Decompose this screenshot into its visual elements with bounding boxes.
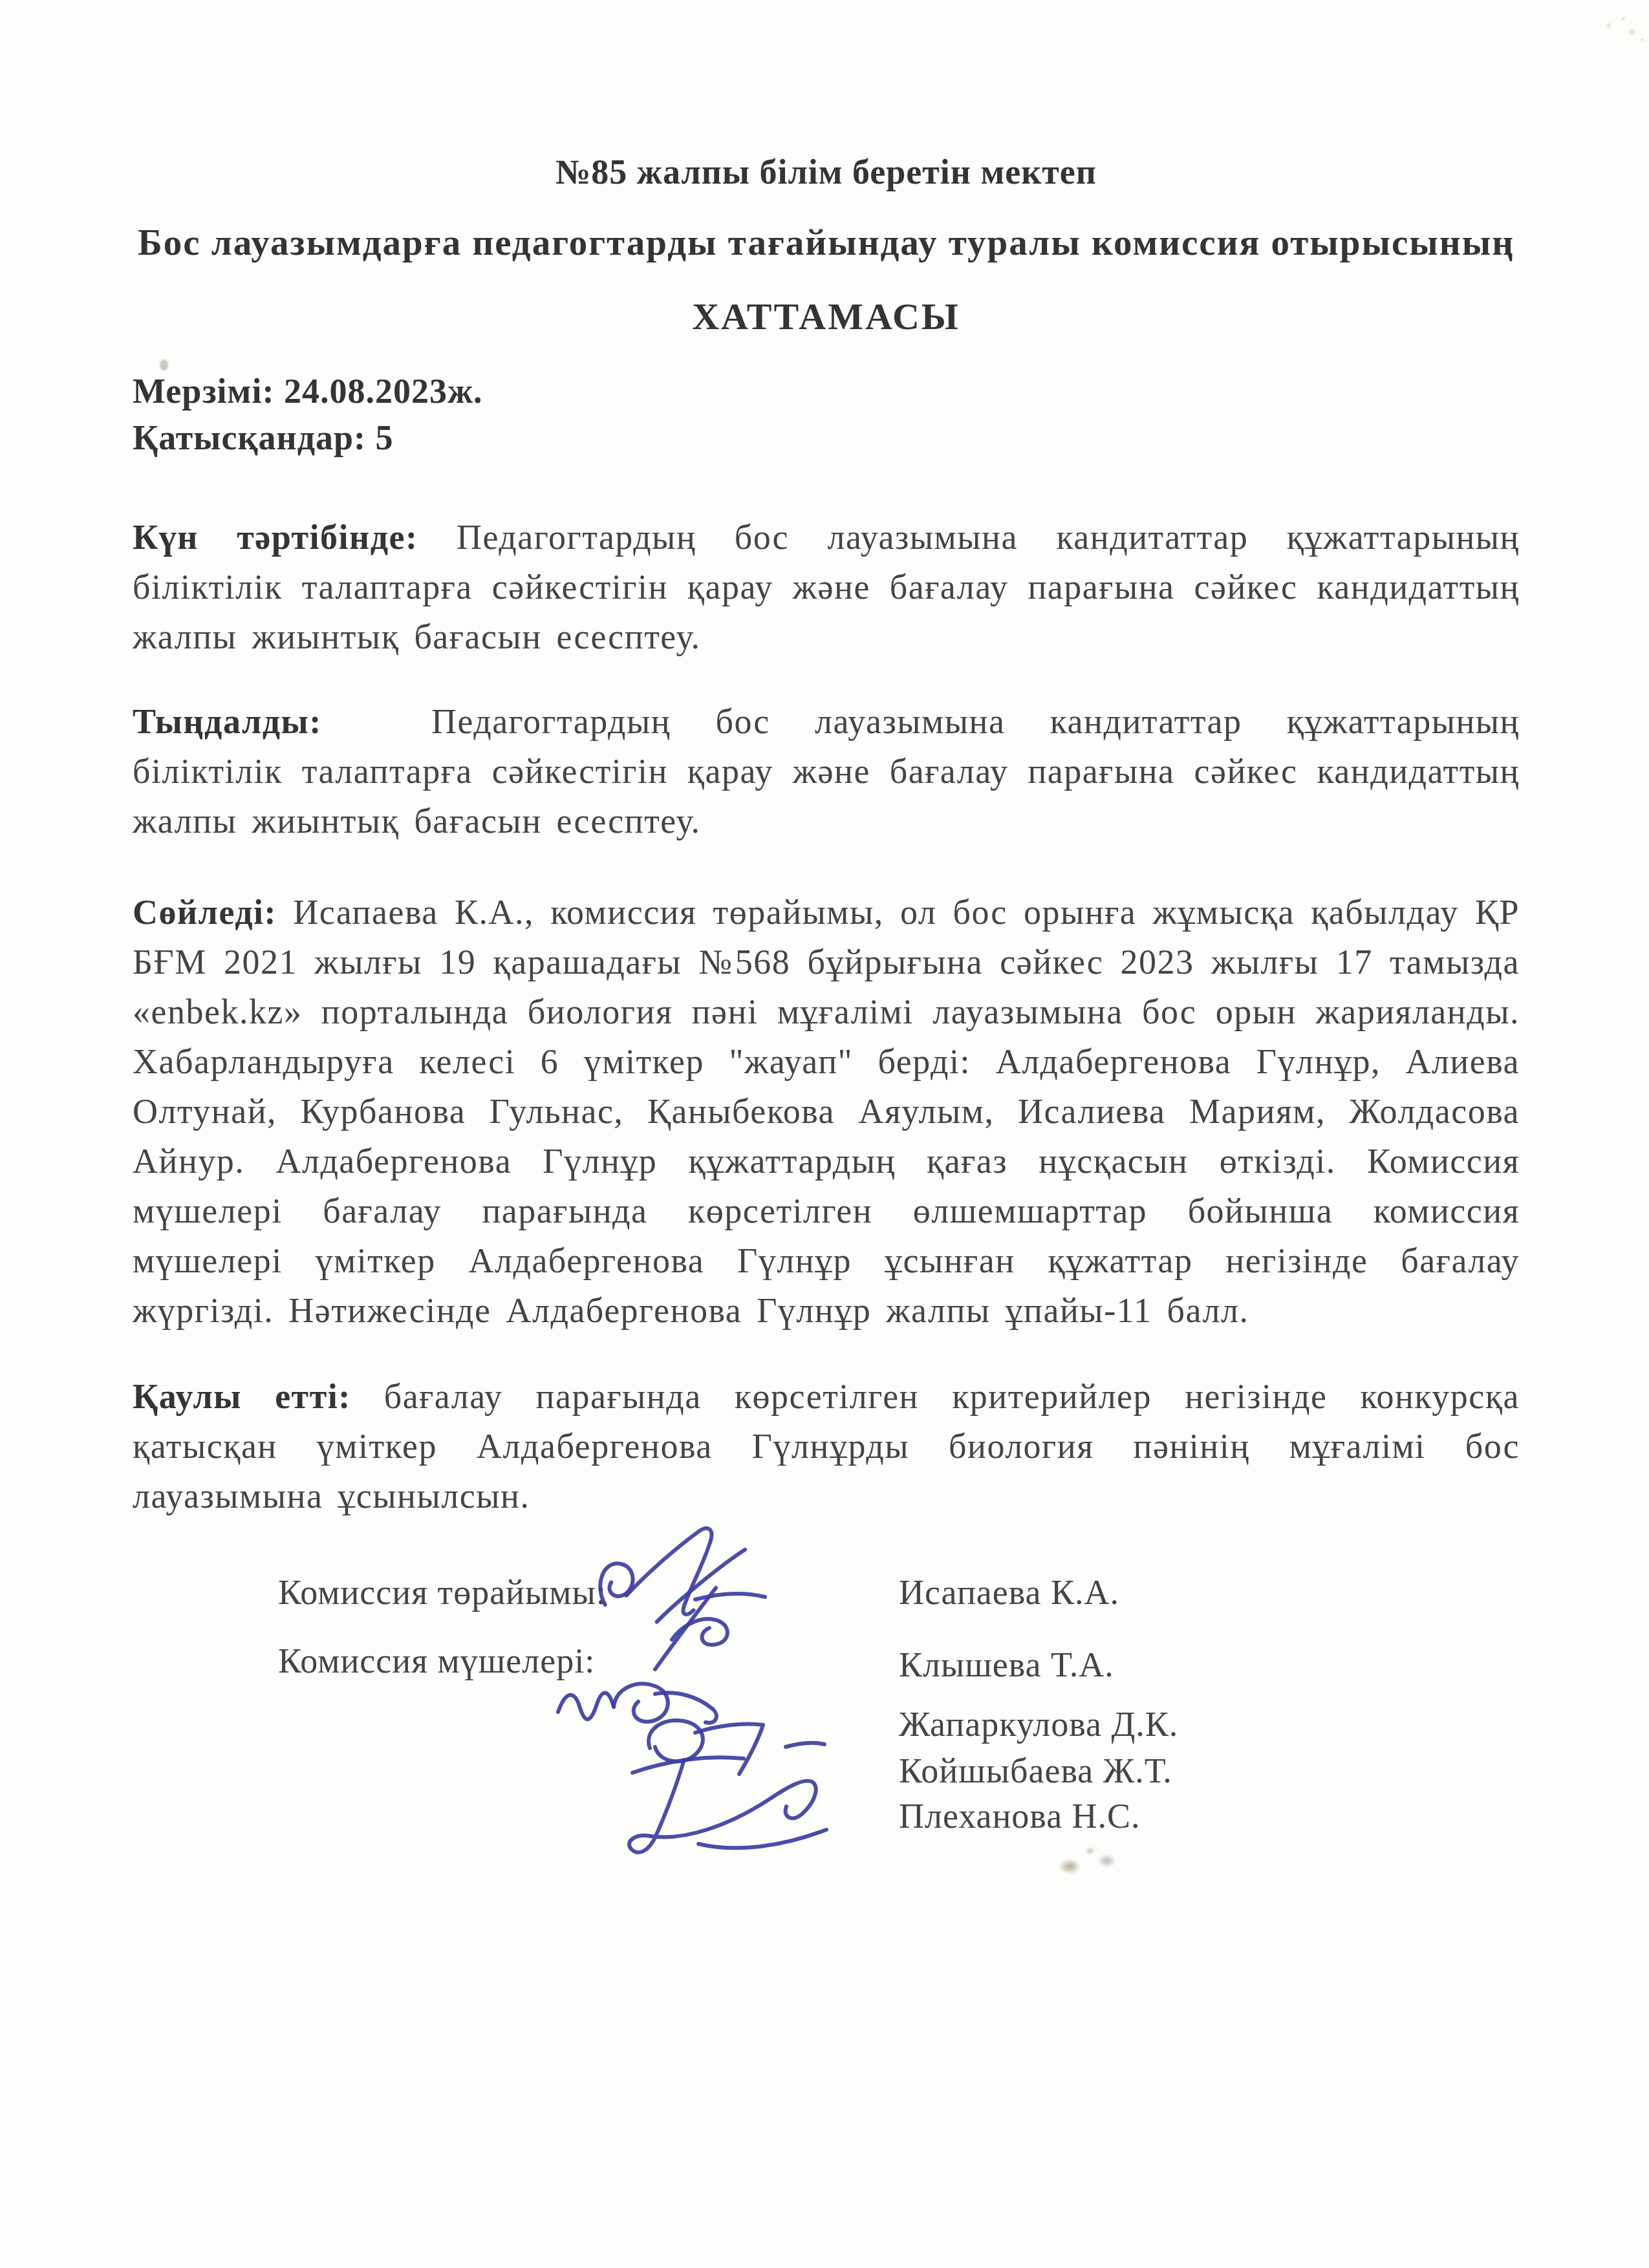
resolution-paragraph-lead: Қаулы етті: <box>133 1377 351 1416</box>
ink-smudge <box>1046 1837 1130 1886</box>
document-subtitle: Бос лауазымдарға педагогтарды тағайындау… <box>133 222 1520 264</box>
speech-paragraph-lead: Сөйледі: <box>133 893 277 932</box>
member-name-4: Плеханова Н.С. <box>899 1796 1141 1836</box>
paper-speckle <box>1592 10 1649 48</box>
chair-label: Комиссия төрайымы: <box>278 1572 607 1612</box>
heard-paragraph: Тыңдалды: Педагогтардың бос лауазымына к… <box>133 697 1520 846</box>
paper-dot <box>160 359 168 370</box>
member-name-1: Клышева Т.А. <box>899 1645 1114 1685</box>
speech-paragraph-text: Исапаева К.А., комиссия төрайымы, ол бос… <box>133 893 1520 1330</box>
resolution-paragraph: Қаулы етті: бағалау парағында көрсетілге… <box>133 1372 1520 1521</box>
signature-member-4 <box>601 1746 860 1868</box>
speech-paragraph: Сөйледі: Исапаева К.А., комиссия төрайым… <box>133 888 1520 1336</box>
signature-member-1 <box>637 1578 779 1674</box>
agenda-paragraph-lead: Күн тәртібінде: <box>133 518 418 557</box>
participants-line: Қатысқандар: 5 <box>133 414 1520 461</box>
document-body: №85 жалпы білім беретін мектеп Бос лауаз… <box>133 152 1520 1556</box>
school-title: №85 жалпы білім беретін мектеп <box>133 152 1520 192</box>
document-page: { "colors": { "ink": "#3c3e9f", "text": … <box>0 0 1649 2268</box>
heard-paragraph-text: Педагогтардың бос лауазымына кандитаттар… <box>133 702 1520 840</box>
heard-paragraph-lead: Тыңдалды: <box>133 702 322 741</box>
chair-name: Исапаева К.А. <box>899 1572 1119 1612</box>
meta-block: Мерзімі: 24.08.2023ж. Қатысқандар: 5 <box>133 368 1520 461</box>
member-name-3: Койшыбаева Ж.Т. <box>899 1751 1172 1791</box>
member-name-2: Жапаркулова Д.К. <box>899 1704 1178 1744</box>
protocol-heading: ХАТТАМАСЫ <box>133 295 1520 338</box>
members-label: Комиссия мүшелері: <box>278 1641 595 1681</box>
agenda-paragraph: Күн тәртібінде: Педагогтардың бос лауазы… <box>133 513 1520 662</box>
date-line: Мерзімі: 24.08.2023ж. <box>133 368 1520 414</box>
